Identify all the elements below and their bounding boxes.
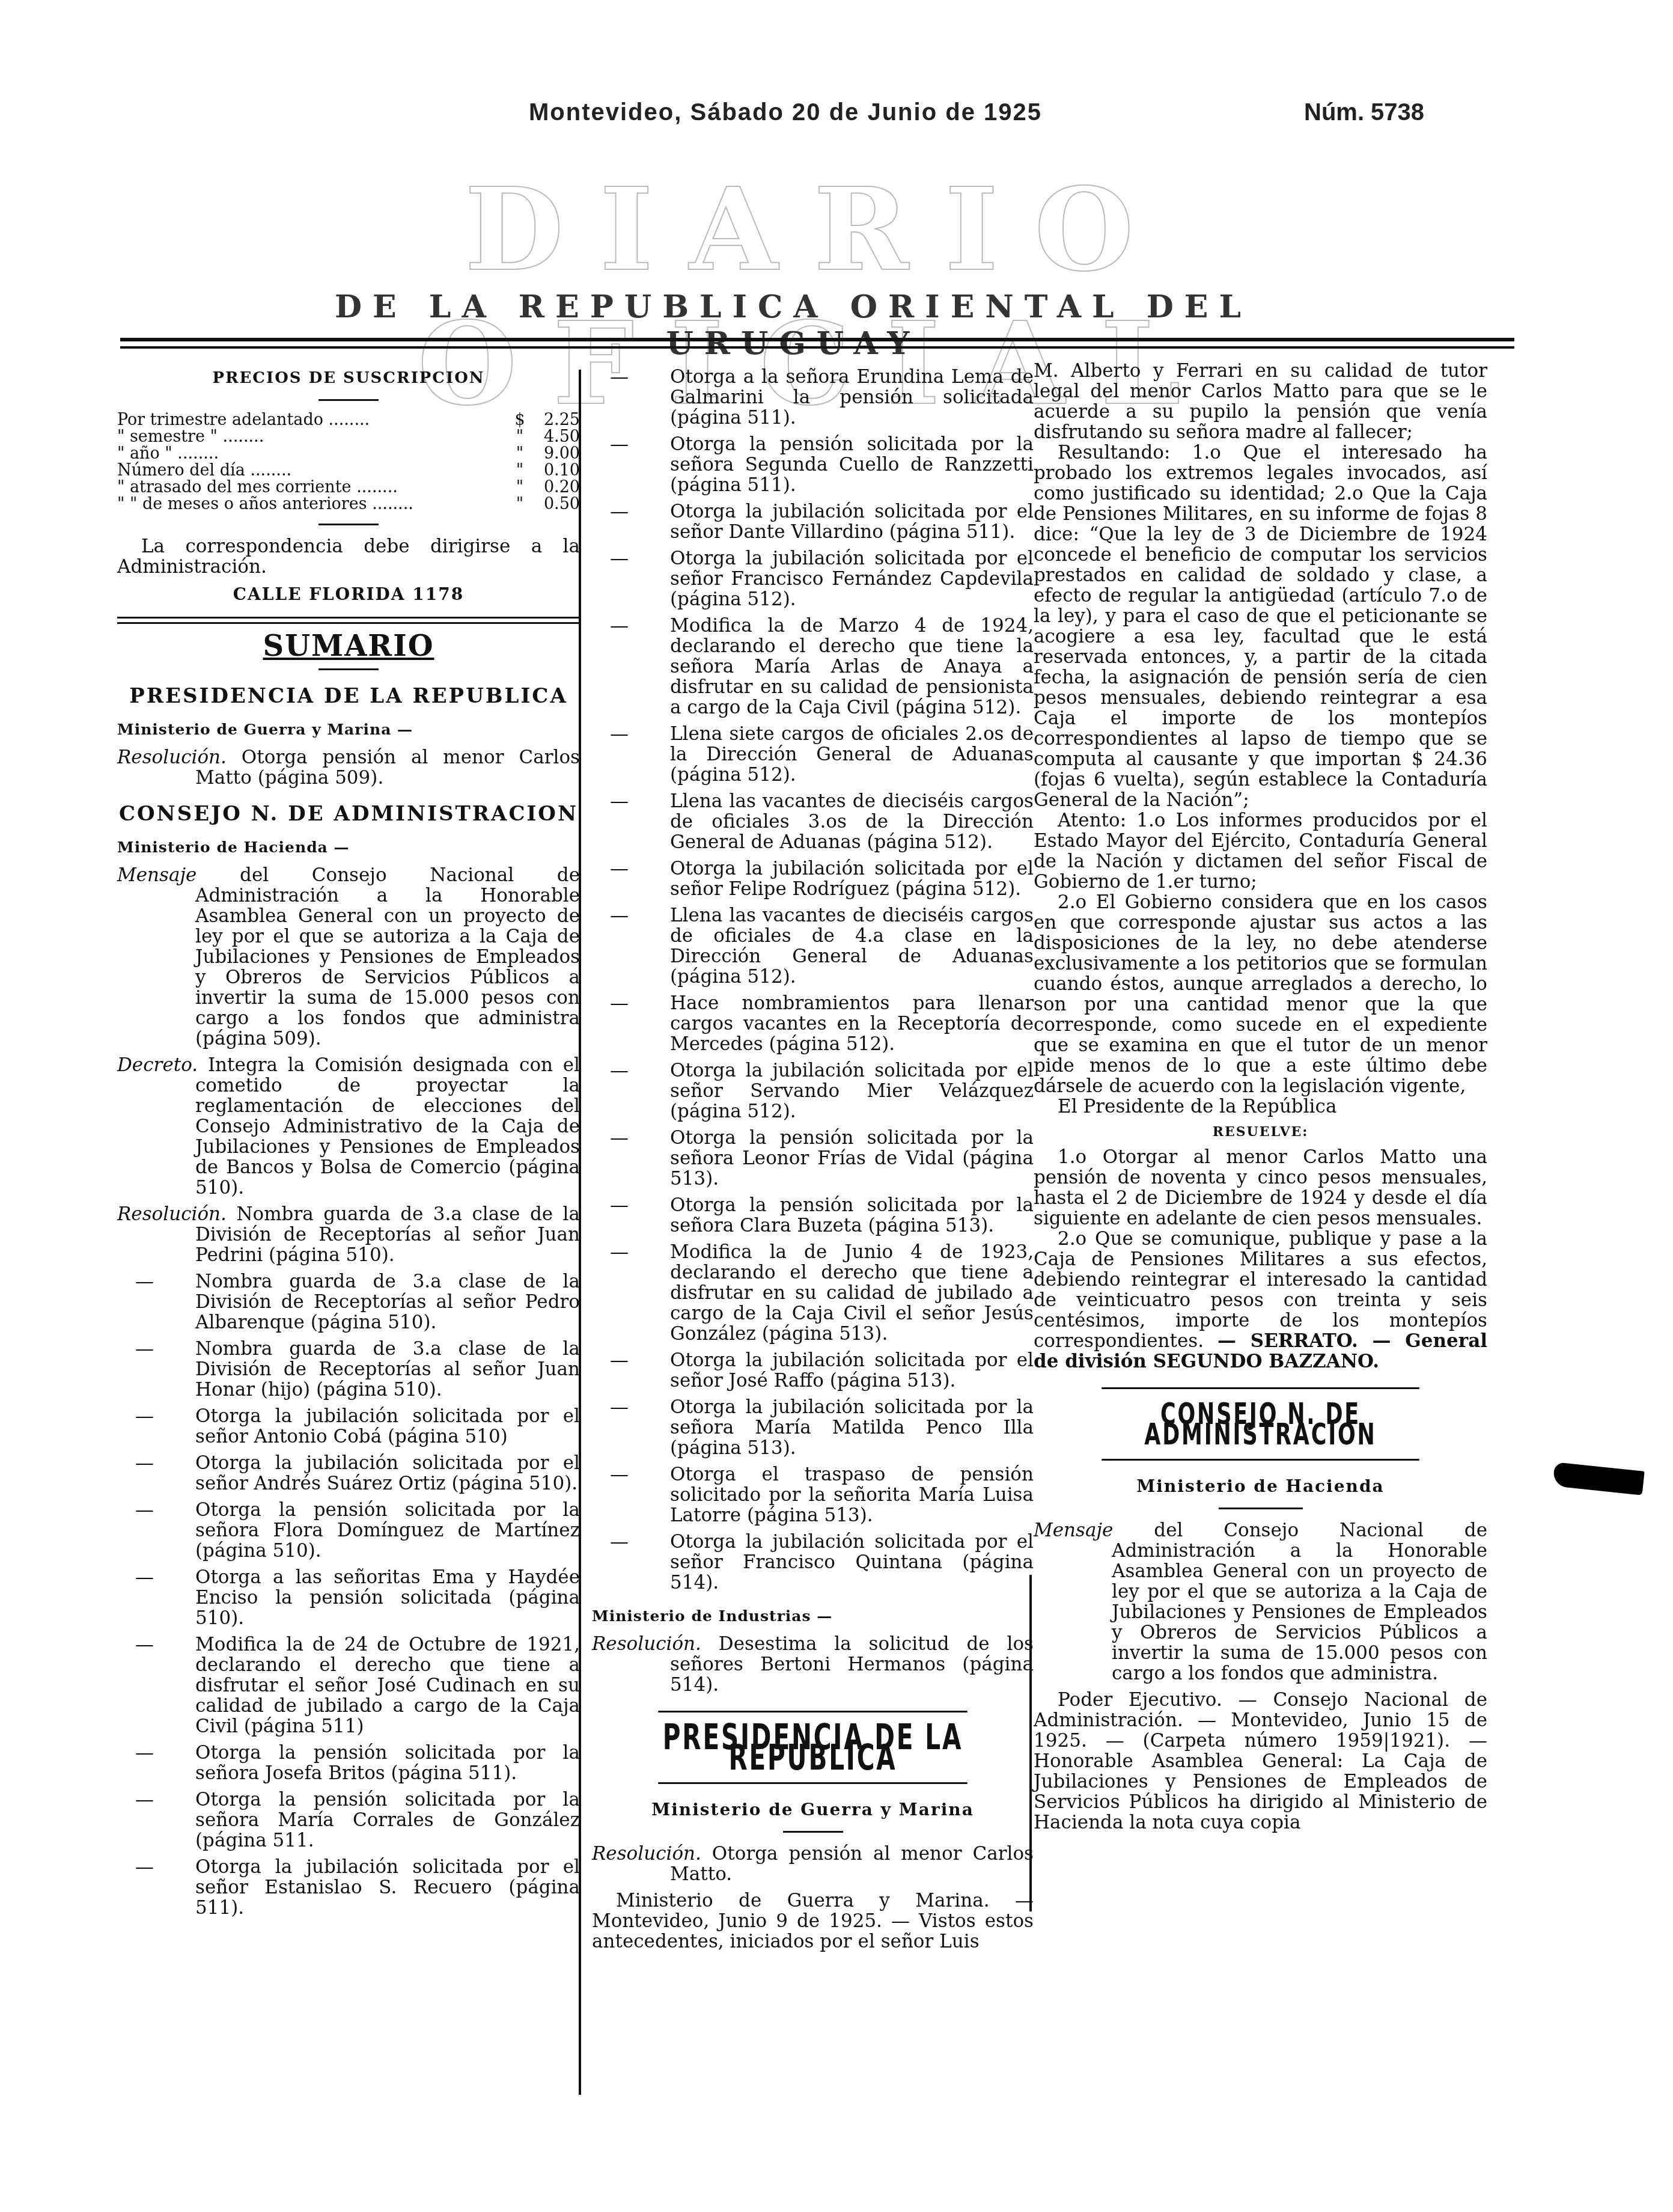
ink-blot <box>1552 1462 1644 1495</box>
dash-marker: — <box>610 1464 646 1485</box>
summary-entry: Decreto. Integra la Comisión designada c… <box>117 1055 580 1198</box>
summary-entry: —Otorga la jubilación solicitada por el … <box>592 1532 1034 1593</box>
summary-entry: —Otorga la pensión solicitada por la señ… <box>117 1500 580 1561</box>
dash-marker: — <box>610 1532 646 1552</box>
divider <box>318 668 379 670</box>
presidencia-body-start: Ministerio de Guerra y Marina. — Montevi… <box>592 1890 1034 1952</box>
summary-entry: —Otorga la pensión solicitada por la señ… <box>592 1195 1034 1236</box>
divider <box>318 399 379 401</box>
summary-entry: —Otorga la jubilación solicitada por el … <box>117 1406 580 1447</box>
presidencia-heading: PRESIDENCIA DE LA REPUBLICA <box>117 686 580 706</box>
dash-marker: — <box>135 1339 171 1359</box>
divider <box>1219 1508 1303 1509</box>
dash-marker: — <box>610 434 646 454</box>
resultando: Resultando: 1.o Que el interesado ha pro… <box>1034 442 1487 810</box>
ministry-industrias-label: Ministerio de Industrias — <box>592 1606 1034 1627</box>
atento-1: Atento: 1.o Los informes producidos por … <box>1034 810 1487 892</box>
atento-2: 2.o El Gobierno considera que en los cas… <box>1034 892 1487 1096</box>
dash-marker: — <box>610 501 646 522</box>
dash-marker: — <box>135 1271 171 1292</box>
sumario-heading: SUMARIO <box>117 636 580 656</box>
ministry-guerra-label: Ministerio de Guerra y Marina — <box>117 720 580 740</box>
summary-entry: —Nombra guarda de 3.a clase de la Divisi… <box>117 1271 580 1333</box>
divider <box>117 617 580 619</box>
summary-entry: —Modifica la de Junio 4 de 1923, declara… <box>592 1242 1034 1344</box>
dash-marker: — <box>135 1789 171 1810</box>
dash-marker: — <box>610 791 646 811</box>
consejo-mensaje: Mensaje del Consejo Nacional de Administ… <box>1034 1520 1487 1684</box>
price-row: Número del día ........"0.10 <box>117 462 580 479</box>
presidencia-ministry: Ministerio de Guerra y Marina <box>592 1800 1034 1820</box>
subscription-price-table: Por trimestre adelantado ........$2.25" … <box>117 412 580 513</box>
dash-marker: — <box>135 1453 171 1473</box>
summary-entry: —Otorga la jubilación solicitada por el … <box>592 858 1034 899</box>
divider <box>318 524 379 525</box>
ministry-hacienda-label: Ministerio de Hacienda — <box>117 837 580 858</box>
dash-marker: — <box>610 905 646 926</box>
hacienda-entries-part-1: Mensaje del Consejo Nacional de Administ… <box>117 865 580 1918</box>
dash-marker: — <box>610 1128 646 1148</box>
correspondence-note: La correspondencia debe dirigirse a la A… <box>117 536 580 577</box>
industrias-entries: Resolución. Desestima la solicitud de lo… <box>592 1634 1034 1695</box>
summary-entry: —Modifica la de Marzo 4 de 1924, declara… <box>592 616 1034 718</box>
address: CALLE FLORIDA 1178 <box>117 584 580 605</box>
column-2: —Otorga a la señora Erundina Lema de Gal… <box>592 361 1034 1952</box>
dash-marker: — <box>610 548 646 569</box>
summary-entry: —Hace nombramientos para llenar cargos v… <box>592 993 1034 1054</box>
presidencia-summary: Resolución. Otorga pensión al menor Carl… <box>592 1844 1034 1884</box>
entry-kind: Decreto. <box>117 1054 198 1076</box>
summary-entry: —Otorga la jubilación solicitada por el … <box>117 1857 580 1918</box>
column-3: M. Alberto y Ferrari en su calidad de tu… <box>1034 361 1487 1833</box>
dash-marker: — <box>610 993 646 1013</box>
entry-kind: Resolución. <box>117 1203 227 1225</box>
dash-marker: — <box>135 1500 171 1520</box>
price-row: " año " ........"9.00 <box>117 445 580 462</box>
entry-kind: Resolución. <box>117 747 227 768</box>
dash-marker: — <box>610 1397 646 1417</box>
price-row: Por trimestre adelantado ........$2.25 <box>117 412 580 429</box>
summary-entry: —Otorga la pensión solicitada por la señ… <box>117 1789 580 1851</box>
hacienda-entries-part-2: —Otorga a la señora Erundina Lema de Gal… <box>592 367 1034 1593</box>
presidente-line: El Presidente de la República <box>1034 1096 1487 1117</box>
dash-marker: — <box>610 1350 646 1370</box>
masthead-rule <box>120 338 1514 341</box>
summary-entry: —Otorga la pensión solicitada por la señ… <box>117 1743 580 1783</box>
dash-marker: — <box>135 1857 171 1877</box>
price-row: " semestre " ........"4.50 <box>117 429 580 445</box>
newspaper-subtitle: DE LA REPUBLICA ORIENTAL DEL URUGUAY <box>325 289 1262 362</box>
summary-entry: —Modifica la de 24 de Octubre de 1921, d… <box>117 1634 580 1737</box>
summary-entry: —Otorga la jubilación solicitada por el … <box>592 1060 1034 1122</box>
price-row: " " de meses o años anteriores ........"… <box>117 496 580 513</box>
guerra-entries: Resolución. Otorga pensión al menor Carl… <box>117 747 580 788</box>
summary-entry: —Llena las vacantes de dieciséis cargos … <box>592 791 1034 852</box>
summary-entry: —Otorga la jubilación solicitada por el … <box>117 1453 580 1494</box>
dash-marker: — <box>610 1242 646 1262</box>
consejo-heading: CONSEJO N. DE ADMINISTRACION <box>117 804 580 824</box>
summary-entry: Resolución. Otorga pensión al menor Carl… <box>117 747 580 788</box>
dash-marker: — <box>135 1634 171 1655</box>
presidencia-banner: PRESIDENCIA DE LA REPUBLICA <box>658 1711 968 1784</box>
summary-entry: Resolución. Nombra guarda de 3.a clase d… <box>117 1204 580 1265</box>
dash-marker: — <box>610 724 646 744</box>
summary-entry: —Nombra guarda de 3.a clase de la Divisi… <box>117 1339 580 1400</box>
dash-marker: — <box>135 1743 171 1763</box>
consejo-ministry: Ministerio de Hacienda <box>1034 1476 1487 1497</box>
summary-entry: —Otorga la pensión solicitada por la señ… <box>592 1128 1034 1189</box>
summary-entry: —Otorga a la señora Erundina Lema de Gal… <box>592 367 1034 428</box>
summary-entry: —Llena siete cargos de oficiales 2.os de… <box>592 724 1034 785</box>
dash-marker: — <box>135 1567 171 1587</box>
dash-marker: — <box>610 367 646 387</box>
dash-marker: — <box>610 858 646 879</box>
divider <box>783 1831 843 1833</box>
summary-entry: Mensaje del Consejo Nacional de Administ… <box>117 865 580 1049</box>
masthead-rule-2 <box>120 346 1514 349</box>
summary-entry: —Otorga la jubilación solicitada por el … <box>592 548 1034 610</box>
summary-entry: —Otorga la jubilación solicitada por la … <box>592 1397 1034 1458</box>
summary-entry: Resolución. Desestima la solicitud de lo… <box>592 1634 1034 1695</box>
summary-entry: —Otorga la jubilación solicitada por el … <box>592 1350 1034 1391</box>
resuelve-2: 2.o Que se comunique, publique y pase a … <box>1034 1229 1487 1372</box>
dash-marker: — <box>610 1060 646 1081</box>
issue-date: Montevideo, Sábado 20 de Junio de 1925 <box>529 99 1042 126</box>
column-1: PRECIOS DE SUSCRIPCION Por trimestre ade… <box>117 361 580 1924</box>
summary-entry: —Otorga la pensión solicitada por la señ… <box>592 434 1034 495</box>
issue-number: Núm. 5738 <box>1304 99 1424 126</box>
summary-entry: —Llena las vacantes de dieciséis cargos … <box>592 905 1034 987</box>
summary-entry: —Otorga la jubilación solicitada por el … <box>592 501 1034 542</box>
price-row: " atrasado del mes corriente ........"0.… <box>117 479 580 496</box>
consejo-body: Poder Ejecutivo. — Consejo Nacional de A… <box>1034 1690 1487 1833</box>
entry-kind: Mensaje <box>117 864 197 886</box>
subscription-heading: PRECIOS DE SUSCRIPCION <box>117 368 580 388</box>
resuelve-1: 1.o Otorgar al menor Carlos Matto una pe… <box>1034 1147 1487 1229</box>
divider <box>117 622 580 624</box>
entry-kind: Resolución. <box>592 1633 701 1655</box>
consejo-banner: CONSEJO N. DE ADMINISTRACION <box>1102 1387 1419 1461</box>
summary-entry: —Otorga el traspaso de pensión solicitad… <box>592 1464 1034 1526</box>
masthead-top-line: Montevideo, Sábado 20 de Junio de 1925 N… <box>0 99 1673 135</box>
summary-entry: —Otorga a las señoritas Ema y Haydée Enc… <box>117 1567 580 1628</box>
resuelve-heading: RESUELVE: <box>1034 1122 1487 1142</box>
dash-marker: — <box>135 1406 171 1426</box>
dash-marker: — <box>610 616 646 636</box>
dash-marker: — <box>610 1195 646 1215</box>
presidencia-body-cont: M. Alberto y Ferrari en su calidad de tu… <box>1034 361 1487 442</box>
